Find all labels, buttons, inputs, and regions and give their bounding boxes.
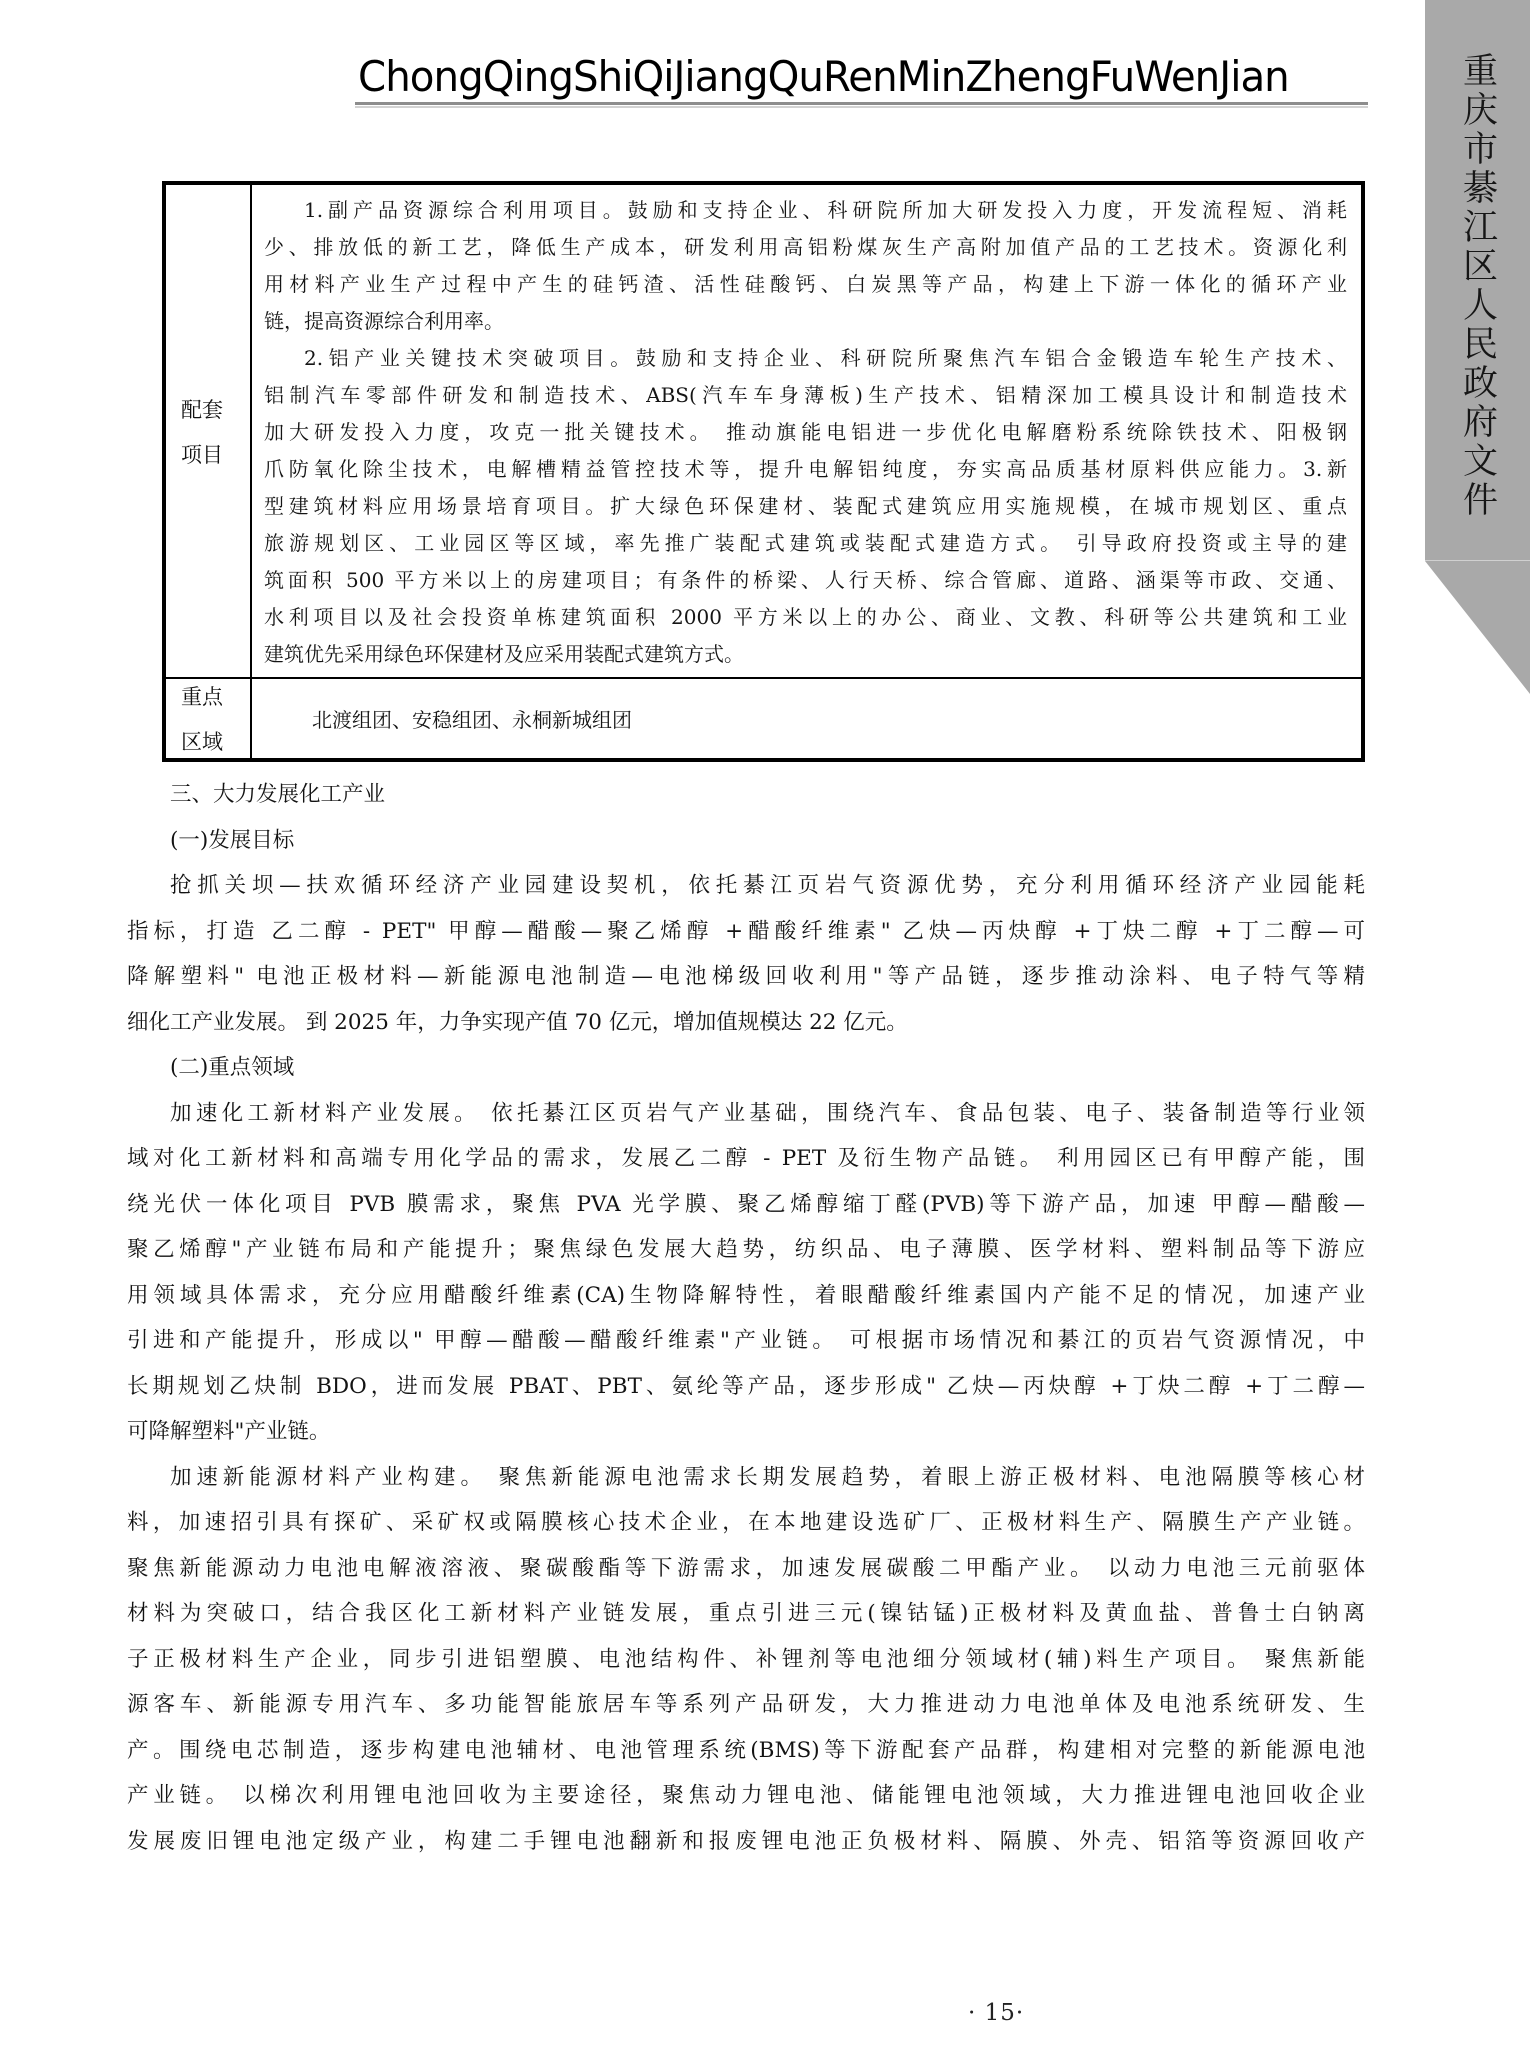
page-number: · 15· (968, 2000, 1024, 2026)
table-line: 型建筑材料应用场景培育项目。扩大绿色环保建材、装配式建筑应用实施规模，在城市规划… (264, 488, 1347, 525)
table-line: 1.副产品资源综合利用项目。鼓励和支持企业、科研院所加大研发投入力度，开发流程短… (264, 192, 1347, 229)
side-banner-title: 重庆市綦江区人民政府文件 (1453, 52, 1503, 520)
row-header-key-areas: 重点 区域 (166, 679, 252, 758)
header-pinyin-title: ChongQingShiQiJiangQuRenMinZhengFuWenJia… (358, 52, 1330, 101)
body-line: 域对化工新材料和高端专用化学品的需求，发展乙二醇 - PET 及衍生物产品链。 … (127, 1136, 1365, 1182)
body-line: 产业链。 以梯次利用锂电池回收为主要途径，聚焦动力锂电池、储能锂电池领域，大力推… (127, 1773, 1365, 1819)
row-header-line: 配套 (181, 394, 235, 424)
body-line: 产。围绕电芯制造，逐步构建电池辅材、电池管理系统(BMS)等下游配套产品群，构建… (127, 1728, 1365, 1774)
body-line: 料，加速招引具有探矿、采矿权或隔膜核心技术企业，在本地建设选矿厂、正极材料生产、… (127, 1500, 1365, 1546)
table-line: 水利项目以及社会投资单栋建筑面积 2000 平方米以上的办公、商业、文教、科研等… (264, 599, 1347, 636)
body-line: 聚焦新能源动力电池电解液溶液、聚碳酸酯等下游需求，加速发展碳酸二甲酯产业。 以动… (127, 1546, 1365, 1592)
body-line: 长期规划乙炔制 BDO，进而发展 PBAT、PBT、氨纶等产品，逐步形成" 乙炔… (127, 1364, 1365, 1410)
side-banner-tail (1425, 561, 1530, 694)
subsection-heading: (一)发展目标 (127, 818, 1365, 864)
body-line: 指标，打造 乙二醇 - PET" 甲醇—醋酸—聚乙烯醇 +醋酸纤维素" 乙炔—丙… (127, 909, 1365, 955)
table-line: 少、排放低的新工艺，降低生产成本，研发利用高铝粉煤灰生产高附加值产品的工艺技术。… (264, 229, 1347, 266)
row-header-supporting-projects: 配套 项目 (166, 185, 252, 677)
table-line: 用材料产业生产过程中产生的硅钙渣、活性硅酸钙、白炭黑等产品，构建上下游一体化的循… (264, 266, 1347, 303)
subsection-heading: (二)重点领域 (127, 1045, 1365, 1091)
projects-table: 配套 项目 1.副产品资源综合利用项目。鼓励和支持企业、科研院所加大研发投入力度… (162, 181, 1365, 762)
body-line: 细化工产业发展。 到 2025 年，力争实现产值 70 亿元，增加值规模达 22… (127, 1000, 1365, 1046)
table-line: 链，提高资源综合利用率。 (264, 303, 1347, 340)
table-line: 爪防氧化除尘技术，电解槽精益管控技术等，提升电解铝纯度，夯实高品质基材原料供应能… (264, 451, 1347, 488)
section-heading: 三、大力发展化工产业 (127, 772, 1365, 818)
document-body: 三、大力发展化工产业 (一)发展目标 抢抓关坝—扶欢循环经济产业园建设契机，依托… (127, 772, 1365, 1864)
key-areas-cell: 北渡组团、安稳组团、永桐新城组团 (252, 679, 1361, 758)
supporting-projects-cell: 1.副产品资源综合利用项目。鼓励和支持企业、科研院所加大研发投入力度，开发流程短… (252, 185, 1361, 677)
body-line: 抢抓关坝—扶欢循环经济产业园建设契机，依托綦江页岩气资源优势，充分利用循环经济产… (127, 863, 1365, 909)
body-line: 源客车、新能源专用汽车、多功能智能旅居车等系列产品研发，大力推进动力电池单体及电… (127, 1682, 1365, 1728)
key-areas-text: 北渡组团、安稳组团、永桐新城组团 (252, 704, 632, 733)
body-line: 子正极材料生产企业，同步引进铝塑膜、电池结构件、补锂剂等电池细分领域材(辅)料生… (127, 1637, 1365, 1683)
body-line: 可降解塑料"产业链。 (127, 1409, 1365, 1455)
row-header-line: 区域 (181, 726, 235, 756)
row-header-line: 重点 (181, 681, 235, 711)
body-line: 材料为突破口，结合我区化工新材料产业链发展，重点引进三元(镍钴锰)正极材料及黄血… (127, 1591, 1365, 1637)
side-banner-divider (1425, 560, 1530, 561)
body-line: 加速化工新材料产业发展。 依托綦江区页岩气产业基础，围绕汽车、食品包装、电子、装… (127, 1091, 1365, 1137)
table-row-supporting-projects: 配套 项目 1.副产品资源综合利用项目。鼓励和支持企业、科研院所加大研发投入力度… (166, 185, 1361, 679)
body-line: 绕光伏一体化项目 PVB 膜需求，聚焦 PVA 光学膜、聚乙烯醇缩丁醛(PVB)… (127, 1182, 1365, 1228)
side-banner-textbox: 重庆市綦江区人民政府文件 (1425, 36, 1530, 536)
body-line: 降解塑料" 电池正极材料—新能源电池制造—电池梯级回收利用"等产品链，逐步推动涂… (127, 954, 1365, 1000)
table-line: 2.铝产业关键技术突破项目。鼓励和支持企业、科研院所聚焦汽车铝合金锻造车轮生产技… (264, 340, 1347, 377)
table-line: 筑面积 500 平方米以上的房建项目；有条件的桥梁、人行天桥、综合管廊、道路、涵… (264, 562, 1347, 599)
body-line: 引进和产能提升，形成以" 甲醇—醋酸—醋酸纤维素"产业链。 可根据市场情况和綦江… (127, 1318, 1365, 1364)
body-line: 用领域具体需求，充分应用醋酸纤维素(CA)生物降解特性，着眼醋酸纤维素国内产能不… (127, 1273, 1365, 1319)
row-header-line: 项目 (181, 439, 235, 469)
table-line: 旅游规划区、工业园区等区域，率先推广装配式建筑或装配式建造方式。 引导政府投资或… (264, 525, 1347, 562)
header-rule (355, 102, 1368, 105)
body-line: 发展废旧锂电池定级产业，构建二手锂电池翻新和报废锂电池正负极材料、隔膜、外壳、铝… (127, 1819, 1365, 1865)
body-line: 聚乙烯醇"产业链布局和产能提升；聚焦绿色发展大趋势，纺织品、电子薄膜、医学材料、… (127, 1227, 1365, 1273)
table-row-key-areas: 重点 区域 北渡组团、安稳组团、永桐新城组团 (166, 679, 1361, 758)
header-rule-shadow (355, 106, 1368, 108)
body-line: 加速新能源材料产业构建。 聚焦新能源电池需求长期发展趋势，着眼上游正极材料、电池… (127, 1455, 1365, 1501)
document-page: ChongQingShiQiJiangQuRenMinZhengFuWenJia… (0, 0, 1530, 2062)
table-line: 铝制汽车零部件研发和制造技术、ABS(汽车车身薄板)生产技术、铝精深加工模具设计… (264, 377, 1347, 414)
table-line: 建筑优先采用绿色环保建材及应采用装配式建筑方式。 (264, 636, 1347, 673)
table-line: 加大研发投入力度，攻克一批关键技术。 推动旗能电铝进一步优化电解磨粉系统除铁技术… (264, 414, 1347, 451)
